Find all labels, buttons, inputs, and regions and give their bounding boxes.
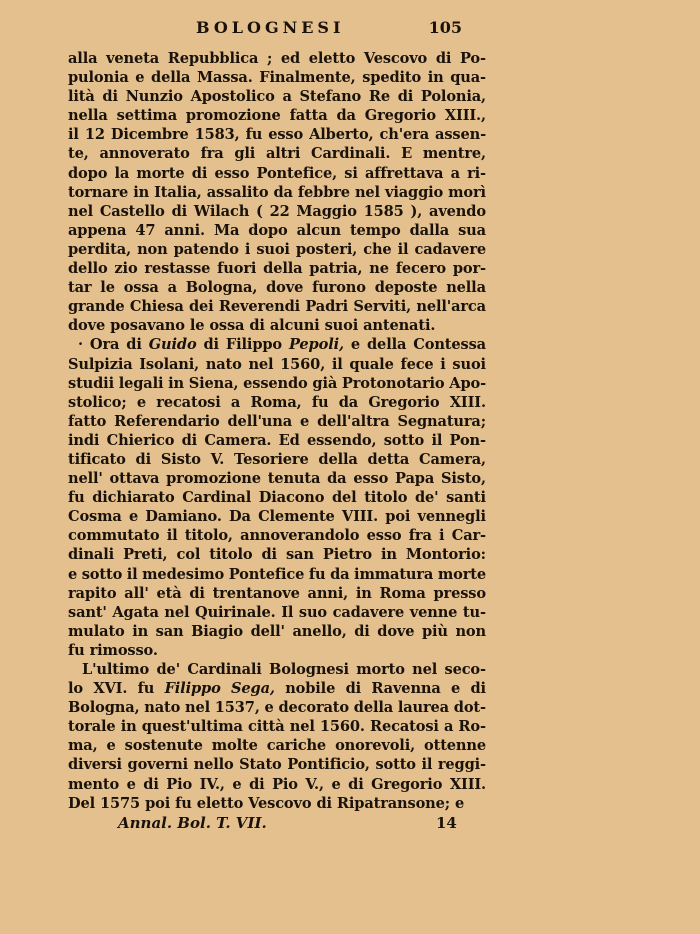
word: di xyxy=(316,794,331,813)
word: non xyxy=(455,622,486,641)
word: patendo xyxy=(174,240,239,259)
word: Agata xyxy=(112,603,158,622)
word: Dicembre xyxy=(111,125,189,144)
word: Cardinali xyxy=(187,660,261,679)
word: da xyxy=(273,183,292,202)
text-line: nell'ottavapromozionetenutadaessoPapaSis… xyxy=(68,469,486,488)
word: fatto xyxy=(68,412,106,431)
word: Filippo xyxy=(226,335,282,354)
word: cariche xyxy=(267,736,326,755)
word: fra xyxy=(201,144,224,163)
word: a xyxy=(444,717,453,736)
word: dopo xyxy=(248,221,287,240)
text-line: L'ultimode'CardinaliBolognesimortonelsec… xyxy=(68,660,486,679)
word: suoi xyxy=(325,316,359,335)
word: appena xyxy=(68,221,126,240)
word: detta xyxy=(368,450,410,469)
word: della xyxy=(263,259,302,278)
word: di xyxy=(204,335,219,354)
word: torale xyxy=(68,717,116,736)
word: Pio xyxy=(272,775,298,794)
word: Chiesa xyxy=(130,297,184,316)
word: restasse xyxy=(144,259,210,278)
word: Repubblica xyxy=(168,49,259,68)
word: di xyxy=(136,450,151,469)
word: più xyxy=(422,622,448,641)
word: diversi xyxy=(68,755,122,774)
word: il xyxy=(68,125,79,144)
signature-mark: 14 xyxy=(436,813,457,833)
word: san xyxy=(156,622,184,641)
word: Re xyxy=(369,87,390,106)
word: Clemente xyxy=(258,507,335,526)
text-line: doveposavanoleossadialcunisuoiantenati. xyxy=(68,316,486,335)
word: avendo xyxy=(429,202,486,221)
text-line: mulatoinsanBiagiodell'anello,didovepiùno… xyxy=(68,622,486,641)
word: dell'una xyxy=(228,412,293,431)
word: E xyxy=(401,144,412,163)
word: nella xyxy=(446,278,486,297)
word: le xyxy=(190,316,205,335)
word: lo xyxy=(68,679,83,698)
word: Referendario xyxy=(114,412,219,431)
word: Reverendi xyxy=(219,297,300,316)
word: rapito xyxy=(68,584,116,603)
text-line: dopolamortediessoPontefice,siaffrettavaa… xyxy=(68,164,486,183)
word: della xyxy=(354,698,393,717)
word: fatta xyxy=(290,106,328,125)
word: reggi- xyxy=(438,755,486,774)
word: mentre, xyxy=(423,144,486,163)
word: in xyxy=(133,183,149,202)
word: Apo- xyxy=(449,374,486,393)
word: il xyxy=(167,526,178,545)
word: di xyxy=(126,335,141,354)
word: anni. xyxy=(164,221,205,240)
word: promozione xyxy=(186,106,281,125)
word: tenuta xyxy=(268,469,321,488)
word: sotto xyxy=(82,565,122,584)
word: ri- xyxy=(467,164,486,183)
word: promozione xyxy=(166,469,261,488)
text-line: studiilegaliinSiena,essendogiàProtonotar… xyxy=(68,374,486,393)
word: posavano xyxy=(110,316,185,335)
word: esso xyxy=(353,469,388,488)
word: di xyxy=(436,49,451,68)
word: Bologna, xyxy=(186,278,258,297)
word: recatosi xyxy=(156,393,220,412)
word: ma, xyxy=(68,736,98,755)
word: lità xyxy=(68,87,95,106)
word: Ravenna xyxy=(371,679,440,698)
word: fu xyxy=(246,125,263,144)
word: fu xyxy=(68,641,85,660)
word: Alberto, xyxy=(309,125,373,144)
word: nel xyxy=(355,183,380,202)
word: e xyxy=(135,68,144,87)
text-line: Del1575poifuelettoVescovodiRipatransone;… xyxy=(68,794,486,813)
word: a xyxy=(451,164,460,183)
word: col xyxy=(177,545,201,564)
word: di xyxy=(172,202,187,221)
word: viaggio xyxy=(385,183,443,202)
word: esso xyxy=(214,164,249,183)
text-line: fattoReferendariodell'unaedell'altraSegn… xyxy=(68,412,486,431)
word: Cardinali. xyxy=(311,144,390,163)
word: Roma xyxy=(380,584,426,603)
word: titolo xyxy=(209,545,252,564)
word: tornare xyxy=(68,183,128,202)
word: Pio xyxy=(166,775,192,794)
word: dot- xyxy=(454,698,486,717)
word: · xyxy=(78,335,83,354)
text-line: indiChiericodiCamera.Edessendo,sottoilPo… xyxy=(68,431,486,450)
word: Pontificio, xyxy=(287,755,370,774)
word: di xyxy=(189,584,204,603)
word: da xyxy=(327,469,346,488)
word: Massa. xyxy=(197,68,253,87)
word: e xyxy=(107,736,116,755)
word: e xyxy=(300,412,309,431)
word: qua- xyxy=(450,68,486,87)
word: Pon- xyxy=(450,431,486,450)
word: esso xyxy=(367,526,402,545)
word: perdita, xyxy=(68,240,131,259)
word: di xyxy=(398,87,413,106)
word: Quirinale. xyxy=(195,603,276,622)
word: le xyxy=(100,278,115,297)
word: dove xyxy=(377,622,414,641)
word: in xyxy=(121,717,137,736)
word: Car- xyxy=(452,526,486,545)
text-line: il12Dicembre1583,fuessoAlberto,ch'eraass… xyxy=(68,125,486,144)
word: nello xyxy=(194,755,234,774)
word: presso xyxy=(434,584,486,603)
word: ossa xyxy=(124,278,159,297)
word: Camera. xyxy=(204,431,271,450)
word: della xyxy=(318,450,357,469)
word: il xyxy=(127,565,138,584)
word: te, xyxy=(68,144,89,163)
word: Il xyxy=(281,603,293,622)
text-line: loXVI.fuFilippoSega,nobilediRavennaedi xyxy=(68,679,486,698)
word: a xyxy=(168,278,177,297)
word: spedito xyxy=(362,68,421,87)
text-line: Bologna,natonel1537,edecoratodellalaurea… xyxy=(68,698,486,717)
word: Tesoriere xyxy=(234,450,309,469)
word: nell'arca xyxy=(416,297,486,316)
word: assalito xyxy=(207,183,269,202)
word: Sisto, xyxy=(441,469,486,488)
word: e xyxy=(68,565,77,584)
word: da xyxy=(336,106,355,125)
word: Ora xyxy=(90,335,119,354)
word: dell' xyxy=(251,622,285,641)
word: dell'altra xyxy=(317,412,389,431)
word: fra xyxy=(409,526,432,545)
word: altri xyxy=(266,144,300,163)
word: Bologna, xyxy=(68,698,140,717)
word: Polonia, xyxy=(421,87,486,106)
word: e xyxy=(127,775,136,794)
word: essendo xyxy=(243,374,308,393)
word: Po- xyxy=(460,49,486,68)
text-line: grandeChiesadeiReverendiPadriServiti,nel… xyxy=(68,297,486,316)
word: Cardinal xyxy=(182,488,251,507)
word: fu xyxy=(68,488,85,507)
word: studii xyxy=(68,374,114,393)
word: XIII., xyxy=(445,106,486,125)
word: Ripatransone; xyxy=(337,794,450,813)
word: eletto xyxy=(309,49,355,68)
word: cadavere xyxy=(414,240,486,259)
word: fece xyxy=(400,355,433,374)
text-line: tarleossaaBologna,dovefuronodepostenella xyxy=(68,278,486,297)
word: sua xyxy=(458,221,486,240)
word: 1575 xyxy=(100,794,140,813)
word: nel xyxy=(248,355,273,374)
word: VIII. xyxy=(342,507,378,526)
word: Segnatura; xyxy=(397,412,485,431)
word: 1537, xyxy=(215,698,260,717)
word: gli xyxy=(234,144,255,163)
word: annoverandolo xyxy=(240,526,359,545)
word: 12 xyxy=(85,125,105,144)
word: Sulpizia xyxy=(68,355,133,374)
word: venne xyxy=(410,603,458,622)
word: Isolani, xyxy=(139,355,199,374)
word: si xyxy=(344,164,357,183)
word: laurea xyxy=(398,698,449,717)
word: Guido xyxy=(149,335,197,354)
paragraph: L'ultimode'CardinaliBolognesimortonelsec… xyxy=(68,660,486,813)
word: nato xyxy=(206,355,242,374)
word: 1585 xyxy=(364,202,404,221)
word: morte xyxy=(438,565,486,584)
word: Ed xyxy=(279,431,300,450)
word: Papa xyxy=(395,469,434,488)
word: morto xyxy=(356,660,405,679)
word: poi xyxy=(145,794,170,813)
word: il xyxy=(398,240,409,259)
word: della xyxy=(367,335,406,354)
word: 1560. xyxy=(320,717,365,736)
word: ne xyxy=(369,259,389,278)
word: nel xyxy=(164,603,189,622)
word: XVI. xyxy=(93,679,127,698)
word: Sisto xyxy=(161,450,201,469)
word: commutato xyxy=(68,526,159,545)
word: Biagio xyxy=(191,622,243,641)
text-line: tificatodiSistoV.TesorieredelladettaCame… xyxy=(68,450,486,469)
word: Pontefice, xyxy=(257,164,338,183)
text-line: fudichiaratoCardinalDiaconodeltitolode's… xyxy=(68,488,486,507)
word: Contessa xyxy=(413,335,486,354)
text-line: mentoediPioIV.,ediPioV.,ediGregorioXIII. xyxy=(68,775,486,794)
word: Del xyxy=(68,794,95,813)
word: i xyxy=(245,240,250,259)
word: molte xyxy=(212,736,258,755)
word: 22 xyxy=(270,202,290,221)
word: del xyxy=(332,488,357,507)
word: cadavere xyxy=(333,603,405,622)
text-line: te,annoveratofraglialtriCardinali.Ementr… xyxy=(68,144,486,163)
word: zio xyxy=(114,259,137,278)
word: assen- xyxy=(435,125,486,144)
word: tempo xyxy=(350,221,401,240)
word: 1560, xyxy=(280,355,325,374)
word: deposte xyxy=(375,278,438,297)
word: Roma, xyxy=(250,393,301,412)
word: rimosso. xyxy=(90,641,158,660)
text-line: stolico;erecatosiaRoma,fudaGregorioXIII. xyxy=(68,393,486,412)
word: città xyxy=(248,717,285,736)
word: tar xyxy=(68,278,91,297)
word: eletto xyxy=(197,794,243,813)
text-line: ma,esostenutemoltecaricheonorevoli,otten… xyxy=(68,736,486,755)
word: ch'era xyxy=(380,125,430,144)
word: morì xyxy=(448,183,486,202)
word: di xyxy=(249,316,264,335)
word: Preti, xyxy=(123,545,167,564)
text-line: sant'AgatanelQuirinale.Ilsuocadaverevenn… xyxy=(68,603,486,622)
word: Serviti, xyxy=(353,297,411,316)
word: nel xyxy=(185,698,210,717)
word: la xyxy=(115,164,130,183)
word: V., xyxy=(305,775,323,794)
word: Protonotario xyxy=(342,374,445,393)
word: Recatosi xyxy=(370,717,439,736)
word: il xyxy=(431,431,442,450)
word: dalla xyxy=(410,221,449,240)
word: Montorio: xyxy=(406,545,486,564)
word: Italia, xyxy=(154,183,202,202)
word: Da xyxy=(229,507,251,526)
word: di xyxy=(182,431,197,450)
word: dei xyxy=(189,297,214,316)
text-line: diversigoverninelloStatoPontificio,sotto… xyxy=(68,755,486,774)
word: di xyxy=(143,775,158,794)
text-line: litàdiNunzioApostolicoaStefanoRediPoloni… xyxy=(68,87,486,106)
word: nobile xyxy=(285,679,335,698)
word: in xyxy=(356,584,372,603)
word: in xyxy=(168,374,184,393)
word: dello xyxy=(68,259,108,278)
word: alla xyxy=(68,49,97,68)
word: 47 xyxy=(135,221,155,240)
word: sant' xyxy=(68,603,107,622)
word: febbre xyxy=(298,183,350,202)
word: e xyxy=(137,393,146,412)
word: Stato xyxy=(239,755,281,774)
word: a xyxy=(282,87,291,106)
word: seco- xyxy=(445,660,486,679)
word: 1583, xyxy=(195,125,240,144)
word: nella xyxy=(68,106,108,125)
word: essendo, xyxy=(307,431,376,450)
word: suo xyxy=(299,603,327,622)
word: de' xyxy=(157,660,181,679)
word: titolo, xyxy=(185,526,233,545)
word: Gregorio xyxy=(365,106,436,125)
word: Gregorio xyxy=(368,393,439,412)
word: santi xyxy=(446,488,486,507)
word: nell' xyxy=(68,469,103,488)
word: età xyxy=(156,584,181,603)
text-line: nelCastellodiWilach(22Maggio1585),avendo xyxy=(68,202,486,221)
word: Apostolico xyxy=(191,87,275,106)
word: Castello xyxy=(100,202,165,221)
word: tu- xyxy=(463,603,486,622)
word: e xyxy=(455,794,464,813)
text-line: tornareinItalia,assalitodafebbrenelviagg… xyxy=(68,183,486,202)
word: L'ultimo xyxy=(82,660,149,679)
word: IV., xyxy=(200,775,225,794)
word: nel xyxy=(412,660,437,679)
word: anni, xyxy=(308,584,349,603)
word: alcuni xyxy=(270,316,320,335)
word: vennegli xyxy=(418,507,486,526)
word: onorevoli, xyxy=(335,736,415,755)
word: da xyxy=(339,393,358,412)
word: veneta xyxy=(106,49,159,68)
word: poi xyxy=(385,507,410,526)
word: da xyxy=(330,565,349,584)
word: Padri xyxy=(305,297,348,316)
word: dove xyxy=(266,278,303,297)
text-line: esottoilmedesimoPonteficefudaimmaturamor… xyxy=(68,565,486,584)
word: titolo xyxy=(364,488,407,507)
running-head: BOLOGNESI xyxy=(196,18,344,37)
word: dove xyxy=(68,316,105,335)
word: settima xyxy=(117,106,177,125)
word: mento xyxy=(68,775,119,794)
text-line: rapitoall'etàditrentanoveanni,inRomapres… xyxy=(68,584,486,603)
word: ottava xyxy=(110,469,160,488)
text-line: commutatoiltitolo,annoverandoloessofraiC… xyxy=(68,526,486,545)
word: e xyxy=(331,775,340,794)
word: XIII. xyxy=(450,393,486,412)
word: Cosma xyxy=(68,507,122,526)
text-line: appena47anni.Madopoalcuntempodallasua xyxy=(68,221,486,240)
word: trentanove xyxy=(213,584,300,603)
word: non xyxy=(137,240,168,259)
word: mulato xyxy=(68,622,125,641)
word: ed xyxy=(281,49,300,68)
text-line: dinaliPreti,coltitolodisanPietroinMontor… xyxy=(68,545,486,564)
word: dinali xyxy=(68,545,114,564)
body-text: allavenetaRepubblica;edelettoVescovodiPo… xyxy=(68,49,486,813)
word: già xyxy=(312,374,337,393)
word: medesimo xyxy=(142,565,224,584)
word: il xyxy=(332,355,343,374)
word: Vescovo xyxy=(248,794,311,813)
word: XIII. xyxy=(450,775,486,794)
book-page: BOLOGNESI 105 allavenetaRepubblica;edele… xyxy=(68,14,486,833)
word: antenati. xyxy=(363,316,435,335)
word: dopo xyxy=(68,164,107,183)
word: Camera, xyxy=(419,450,486,469)
word: Pepoli, xyxy=(289,335,344,354)
word: Chierico xyxy=(107,431,175,450)
word: governi xyxy=(128,755,189,774)
word: fu xyxy=(312,393,329,412)
word: e xyxy=(129,507,138,526)
paragraph: ·OradiGuidodiFilippoPepoli,edellaContess… xyxy=(68,335,486,660)
page-footer: Annal. Bol. T. VII. 14 xyxy=(68,813,486,833)
word: Finalmente, xyxy=(259,68,355,87)
word: nel xyxy=(68,202,93,221)
